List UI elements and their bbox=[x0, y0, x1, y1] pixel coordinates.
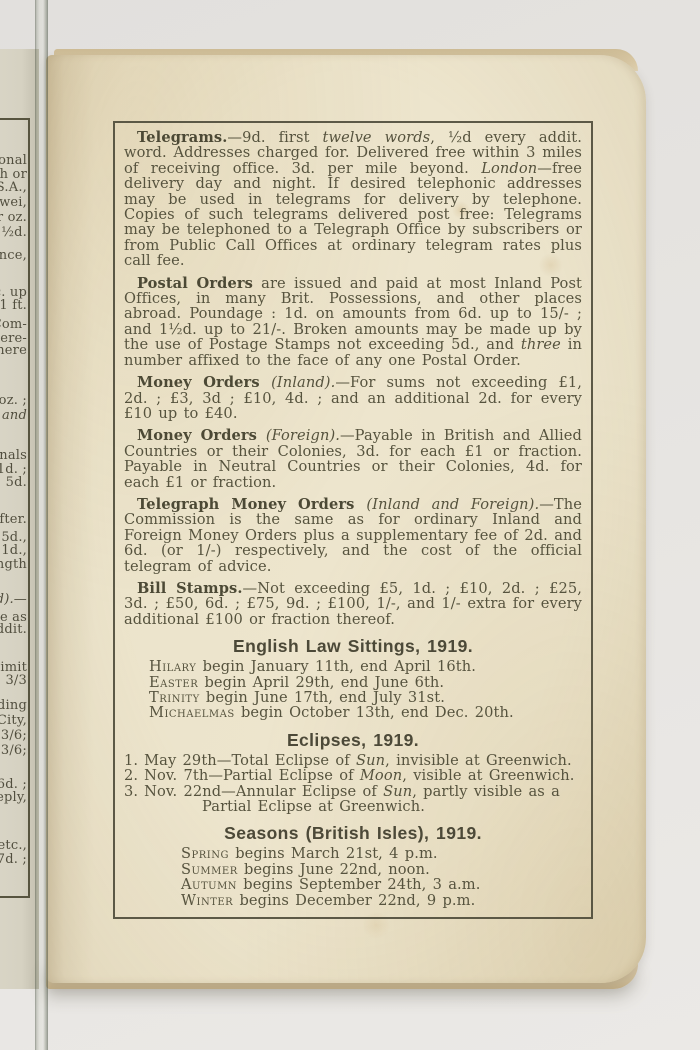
left-page-text-fragment: 11d., bbox=[0, 544, 27, 557]
left-page-text-fragment: , 3/6; bbox=[0, 744, 27, 757]
previous-page-frame-right bbox=[28, 118, 30, 898]
left-page-text-fragment: , 1 ft. bbox=[0, 299, 27, 312]
left-page-text-fragment: ., 5d. bbox=[0, 476, 27, 489]
law-sitting-trinity: Trinity begin June 17th, end July 31st. bbox=[124, 690, 582, 705]
left-page-text-fragment: here bbox=[0, 344, 27, 357]
telegrams-paragraph: Telegrams.—9d. first twelve words, ½d ev… bbox=[124, 130, 582, 269]
season-name: Winter bbox=[181, 892, 233, 909]
eclipse-number: 2. bbox=[124, 767, 138, 784]
previous-page-frame-top bbox=[0, 118, 30, 120]
season-winter: Winter begins December 22nd, 9 p.m. bbox=[124, 893, 582, 908]
season-autumn: Autumn begins September 24th, 3 a.m. bbox=[124, 877, 582, 892]
left-page-text-fragment: ence, bbox=[0, 249, 27, 262]
previous-page-frame-bottom bbox=[0, 896, 30, 898]
season-summer: Summer begins June 22nd, noon. bbox=[124, 862, 582, 877]
law-sitting-hilary: Hilary begin January 11th, end April 16t… bbox=[124, 659, 582, 674]
left-page-text-fragment: ngth bbox=[0, 558, 27, 571]
left-page-text-fragment: d).— bbox=[0, 593, 27, 606]
left-page-text-fragment: and bbox=[2, 409, 27, 422]
eclipse-number: 3. bbox=[124, 783, 138, 800]
left-page-text-fragment: ddit. bbox=[0, 623, 27, 636]
left-page-text-fragment: S.A., bbox=[0, 181, 27, 194]
left-page-text-fragment: ., 3/3 bbox=[0, 674, 27, 687]
left-page-text-fragment: oz. ; bbox=[0, 394, 27, 407]
left-page-text-fragment: er oz. bbox=[0, 211, 27, 224]
eclipse-item-2: 2.Nov. 7th—Partial Eclipse of Moon, visi… bbox=[124, 768, 582, 783]
bill-stamps-paragraph: Bill Stamps.—Not exceeding £5, 1d. ; £10… bbox=[124, 581, 582, 627]
glass-plate-edge bbox=[35, 0, 48, 1050]
term-dates: begin October 13th, end Dec. 20th. bbox=[235, 704, 514, 721]
left-page-text-fragment: ional bbox=[0, 154, 27, 167]
eclipse-item-3: 3.Nov. 22nd—Annular Eclipse of Sun, part… bbox=[124, 784, 582, 815]
left-page-text-fragment: , 3/6; bbox=[0, 729, 27, 742]
previous-page-edge: ional th or S.A., -wei, er oz. 1½d. ence… bbox=[0, 49, 39, 989]
left-page-text-fragment: rnals bbox=[0, 449, 27, 462]
postal-orders-paragraph: Postal Orders are issued and paid at mos… bbox=[124, 276, 582, 368]
left-page-text-fragment: Com- bbox=[0, 318, 27, 331]
left-page-text-fragment: City, bbox=[0, 714, 27, 727]
law-sitting-easter: Easter begin April 29th, end June 6th. bbox=[124, 675, 582, 690]
left-page-text-fragment: -wei, bbox=[0, 196, 27, 209]
law-sitting-michaelmas: Michaelmas begin October 13th, end Dec. … bbox=[124, 705, 582, 720]
term-name: Michaelmas bbox=[149, 704, 235, 721]
left-page-text-fragment: uding bbox=[0, 699, 27, 712]
left-page-text-fragment: 1½d. bbox=[0, 226, 27, 239]
left-page-text-fragment: 7d. ; bbox=[0, 853, 27, 866]
law-sittings-title: English Law Sittings, 1919. bbox=[124, 636, 582, 656]
seasons-title: Seasons (British Isles), 1919. bbox=[124, 823, 582, 843]
eclipse-description: Nov. 22nd—Annular Eclipse of Sun, partly… bbox=[144, 783, 560, 815]
eclipses-title: Eclipses, 1919. bbox=[124, 730, 582, 750]
left-page-text-fragment: reply, bbox=[0, 791, 27, 804]
text-segment: three bbox=[521, 336, 561, 353]
text-segment: —free delivery day and night. If desired… bbox=[124, 160, 582, 269]
ruled-content-frame: Telegrams.—9d. first twelve words, ½d ev… bbox=[113, 121, 593, 919]
season-spring: Spring begins March 21st, 4 p.m. bbox=[124, 846, 582, 861]
money-orders-foreign-paragraph: Money Orders (Foreign).—Payable in Briti… bbox=[124, 428, 582, 490]
book-scan: ional th or S.A., -wei, er oz. 1½d. ence… bbox=[0, 0, 700, 1050]
left-page-text-fragment: etc., bbox=[0, 839, 27, 852]
eclipse-item-1: 1.May 29th—Total Eclipse of Sun, invisib… bbox=[124, 753, 582, 768]
left-page-text-fragment: fter. bbox=[0, 513, 27, 526]
money-orders-inland-paragraph: Money Orders (Inland).—For sums not exce… bbox=[124, 375, 582, 421]
almanac-page: Telegrams.—9d. first twelve words, ½d ev… bbox=[46, 55, 646, 983]
telegraph-money-orders-paragraph: Telegraph Money Orders (Inland and Forei… bbox=[124, 497, 582, 574]
season-date: begins December 22nd, 9 p.m. bbox=[233, 892, 475, 909]
